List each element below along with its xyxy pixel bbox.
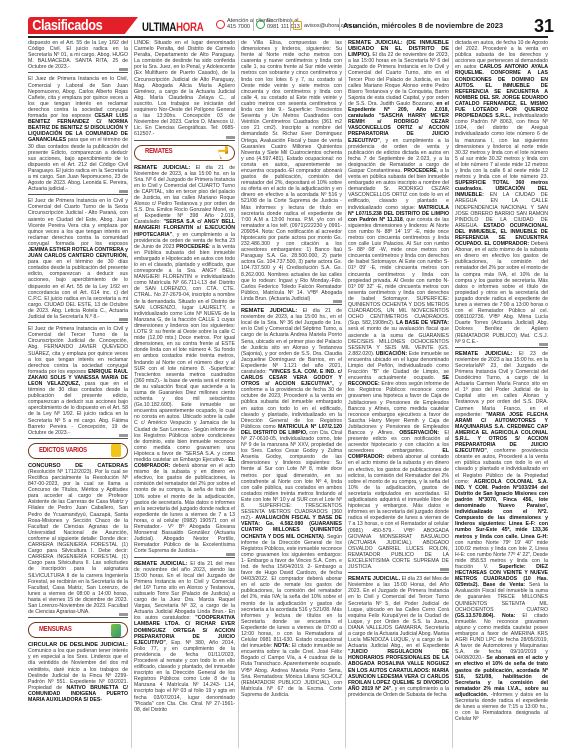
notice: dictada en autos, de fecha 10 de Agosto … — [455, 40, 548, 345]
section-header-edictos-varios: EDICTOS VARIOS — [28, 443, 128, 459]
divider — [253, 18, 254, 31]
divider — [339, 18, 340, 31]
envelope-icon — [293, 21, 302, 30]
column-2: LINDE: Situado en el lugar denominado Ca… — [134, 40, 235, 748]
notice-divider — [134, 140, 235, 141]
notice: REMATE JUDICIAL: El día 21 de noviembre … — [241, 308, 342, 698]
divider — [290, 18, 291, 31]
page-number: 31 — [534, 16, 554, 37]
notice-divider — [28, 617, 128, 618]
gavel-icon — [218, 146, 228, 159]
section-header-mensuras: MENSURAS — [28, 622, 128, 638]
section-title-tab: Clasificados — [28, 17, 138, 34]
notice: El Juez de Primera Instancia en lo Civil… — [28, 326, 128, 436]
notice-divider — [134, 557, 235, 558]
whatsapp-icon — [256, 20, 265, 29]
column-4: REMATE JUDICIAL: (DE INMUEBLE UBICADO EN… — [348, 40, 449, 748]
classifieds-columns: dispuesto en el Art. 55 de la Ley 1/92 d… — [28, 40, 548, 748]
notice-divider — [28, 72, 128, 73]
notice: REMATE JUDICIAL: El 23 de noviembre de 2… — [455, 351, 548, 723]
column-rule — [345, 40, 346, 748]
dateline: Asunción, miércoles 8 de noviembre de 20… — [343, 21, 503, 30]
notice-divider — [241, 304, 342, 305]
column-rule — [131, 40, 132, 748]
notice: CIRCULAR DE DESLINDE JUDICIAL: Comunico … — [28, 642, 128, 703]
notice: REMATE JUDICIAL: El día 21 del mes de no… — [134, 561, 235, 713]
notice-divider — [28, 438, 128, 439]
column-5: dictada en autos, de fecha 10 de Agosto … — [455, 40, 548, 748]
notice-text: dispuesto en el Art. 55 de la Ley 1/92 d… — [28, 40, 128, 70]
notice-divider — [28, 194, 128, 195]
notice-divider — [348, 572, 449, 573]
document-icon — [111, 444, 121, 457]
newspaper-logo: ULTIMAHORA — [142, 20, 203, 34]
notice-divider — [28, 322, 128, 323]
notice-divider — [455, 347, 548, 348]
map-icon — [111, 624, 121, 637]
phone-icon — [216, 20, 225, 29]
notice: REMATE JUDICIAL: (DE INMUEBLE UBICADO EN… — [348, 40, 449, 570]
notice: El Juez de Primera Instancia en lo Civil… — [28, 198, 128, 320]
notice: CONCURSO DE CATEDRAS (Resolución Nº 1712… — [28, 463, 128, 615]
notice-text: de Villa Elisa, compuestas de las dimens… — [241, 40, 342, 302]
section-title: Clasificados — [28, 17, 122, 34]
notice: El Juez de Primera Instancia en lo Civil… — [28, 76, 128, 192]
notice: REMATE JUDICIAL. El día 23 del Mes de No… — [348, 576, 449, 698]
notice: REMATE JUDICIAL: El día 21 de Noviembre … — [134, 165, 235, 555]
column-1: dispuesto en el Art. 55 de la Ley 1/92 d… — [28, 40, 128, 748]
page-header: Clasificados ULTIMAHORA Atención al clie… — [0, 0, 580, 34]
notice-text: LINDE: Situado en el lugar denominado Ca… — [134, 40, 235, 138]
column-rule — [238, 40, 239, 748]
column-3: de Villa Elisa, compuestas de las dimens… — [241, 40, 342, 748]
header-rule — [28, 36, 548, 38]
section-header-remates: REMATES — [134, 145, 235, 161]
column-rule — [452, 40, 453, 748]
